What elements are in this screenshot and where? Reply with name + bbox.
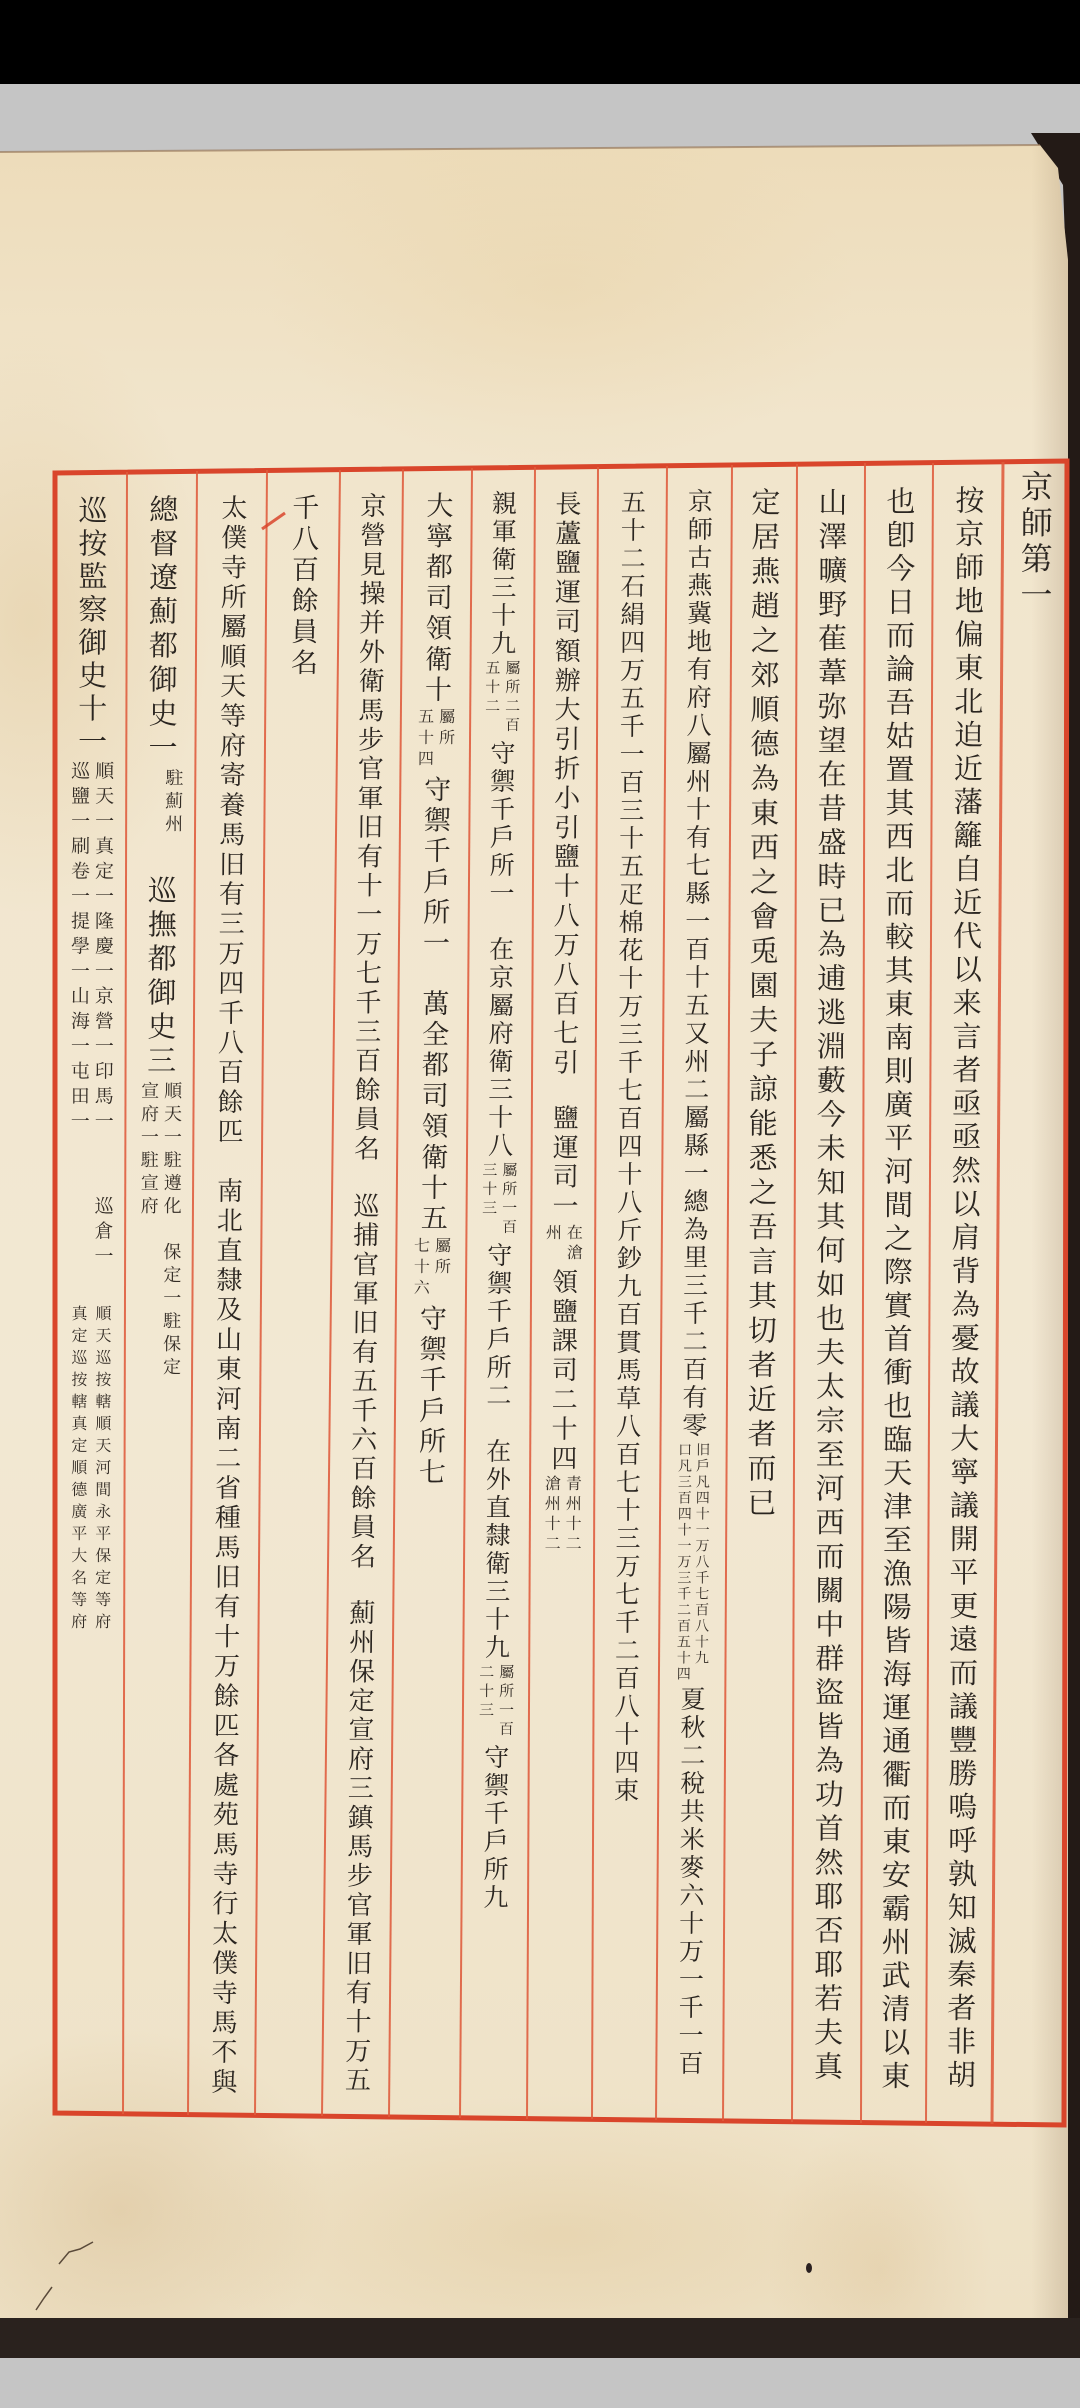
interlinear-note: 駐薊州 (139, 768, 183, 837)
main-text: 巡撫都御史三 (145, 875, 175, 1079)
main-text: 定居燕趙之郊順德為東西之會兎園夫子諒能悉之吾言其切者近者而已 (745, 487, 778, 1522)
chapter-title: 京師第一 (1018, 470, 1051, 614)
note-text: 屬所 (437, 708, 453, 750)
note-text: 三十三 (481, 1162, 496, 1219)
main-text: 親軍衛三十九 (489, 490, 515, 658)
interlinear-note: 屬所二百 五十二 (482, 660, 520, 736)
note-right-line: 屬所 (436, 708, 455, 771)
main-text: 鹽運司一 (550, 1104, 576, 1222)
text-column-4: 定居燕趙之郊順德為東西之會兎園夫子諒能悉之吾言其切者近者而已 (727, 487, 797, 1522)
main-text: 大寧都司領衛十 (422, 491, 451, 706)
note-right-line: 青州十二 (563, 1475, 582, 1555)
note-left-line: 二十三 (476, 1664, 494, 1740)
note-right-line: 屬所二百 (502, 660, 520, 736)
note-right-line: 順天巡按轄順天河間永平保定等府 (91, 1305, 113, 1635)
main-text: 五十二石絹四万五千一百三十五疋棉花十万三千七百四十八斤鈔九百貫馬草八百七十三万七… (613, 489, 645, 1805)
note-left-line: 巡鹽一刷卷一提學一山海一屯田一 (67, 761, 90, 1271)
note-left-line: 滄州十二 (542, 1475, 561, 1555)
note-text: 五十四 (416, 708, 432, 771)
main-text: 在外直隸衛三十九 (483, 1438, 509, 1662)
paper-crack (36, 2287, 52, 2310)
note-text: 屬所 (433, 1237, 449, 1279)
main-text: 夏秋二稅共米麥六十万一千一百 (677, 1686, 704, 2078)
main-text: 也卽今日而論吾姑置其西北而較其東南則廣平河間之際實首衝也臨天津至漁陽皆海運通衢而… (879, 486, 913, 2094)
viewer-bottom-bar (0, 2358, 1080, 2408)
note-left-line: 三十三 (479, 1162, 497, 1238)
note-text: 青州十二 (564, 1475, 580, 1555)
main-text: 山澤曠野萑葦弥望在昔盛時已為逋逃淵藪今未知其何如也夫太宗至河西而關中群盜皆為功首… (812, 487, 845, 2085)
note-text: 屬所二百 (504, 660, 519, 736)
note-text: 駐薊州 (163, 768, 181, 837)
text-column-5: 京師古燕冀地有府八屬州十有七縣一百十五又州二屬縣一總為里三千二百有零 旧戶凡四十… (656, 488, 732, 2078)
main-text: 京營見操并外衛馬步官軍旧有十一万七千三百餘員名 (351, 492, 384, 1164)
main-text: 京師古燕冀地有府八屬州十有七縣一百十五又州二屬縣一總為里三千二百有零 (681, 488, 712, 1440)
note-text: 巡鹽一刷卷一提學一山海一屯田一 (69, 761, 88, 1136)
interlinear-note: 在滄 州 (543, 1224, 583, 1264)
main-text: 守禦千戶所一 (420, 775, 448, 959)
text-column-1: 按京師地偏東北迫近藩籬自近代以来言者亟亟然以肩背為憂故議大寧議開平更遠而議豐勝嗚… (926, 485, 1001, 2093)
main-text: 領鹽課司二十四 (549, 1268, 576, 1474)
note-text: 宣府一駐宣府 (139, 1081, 158, 1219)
note-text: 巡倉一 (93, 1196, 112, 1271)
main-text: 薊州保定宣府三鎮馬步官軍旧有十万五 (342, 1599, 373, 2095)
ink-speck (806, 2263, 812, 2273)
interlinear-note: 順天巡按轄順天河間永平保定等府 真定巡按轄真定順德廣平大名等府 (67, 1305, 113, 1635)
text-column-14: 巡按監察御史十一 順天一真定一隆慶一京營一印馬一 巡倉一 巡鹽一刷卷一提學一山海… (57, 495, 124, 1639)
text-column-9: 大寧都司領衛十 屬所 五十四 守禦千戶所一 萬全都司領衛十五 屬所 七十六 守禦… (396, 491, 470, 1488)
note-right-line: 在滄 (564, 1224, 583, 1264)
text-column-2: 也卽今日而論吾姑置其西北而較其東南則廣平河間之際實首衝也臨天津至漁陽皆海運通衢而… (861, 486, 932, 2094)
interlinear-note: 屬所 五十四 (415, 708, 455, 771)
note-left-line: 宣府一駐宣府 (136, 1081, 158, 1380)
paper-crack (59, 2242, 93, 2264)
note-right-line: 屬所一百 (499, 1162, 517, 1238)
main-text: 太僕寺所屬順天等府寄養馬旧有三万四千八百餘匹 (215, 494, 245, 1147)
note-text: 州 (544, 1224, 560, 1244)
page-top-edge (0, 145, 1040, 152)
main-text: 總督遼薊都御史一 (146, 494, 176, 766)
main-text: 千八百餘員名 (288, 493, 317, 679)
note-right-line: 旧戶凡四十一万八千七百八十九 (693, 1442, 710, 1682)
interlinear-note: 旧戶凡四十一万八千七百八十九 口凡三百四十一万三千二百五十四 (675, 1442, 710, 1682)
interlinear-note: 順天一真定一隆慶一京營一印馬一 巡倉一 巡鹽一刷卷一提學一山海一屯田一 (67, 761, 114, 1271)
interlinear-note: 順天一駐遵化 保定一駐保定 宣府一駐宣府 (136, 1081, 181, 1380)
note-text: 口凡三百四十一万三千二百五十四 (676, 1442, 691, 1682)
note-right-line: 順天一駐遵化 保定一駐保定 (159, 1081, 181, 1380)
note-text: 真定巡按轄真定順德廣平大名等府 (70, 1305, 86, 1635)
text-column-13: 總督遼薊都御史一 駐薊州 巡撫都御史三 順天一駐遵化 保定一駐保定 宣府一駐宣府 (125, 494, 195, 1384)
note-right-line: 順天一真定一隆慶一京營一印馬一 巡倉一 (91, 761, 114, 1271)
note-text: 七十六 (412, 1237, 428, 1300)
note-text: 旧戶凡四十一万八千七百八十九 (694, 1442, 709, 1666)
note-text: 在滄 (565, 1224, 581, 1264)
text-column-12: 太僕寺所屬順天等府寄養馬旧有三万四千八百餘匹 南北直隸及山東河南二省種馬旧有十万… (189, 494, 265, 2098)
text-column-6: 五十二石絹四万五千一百三十五疋棉花十万三千七百四十八斤鈔九百貫馬草八百七十三万七… (592, 489, 665, 1805)
note-left-line: 五十四 (415, 708, 434, 771)
book-bottom-edge (0, 2318, 1080, 2358)
text-column-8: 親軍衛三十九 屬所二百 五十二 守禦千戶所一 在京屬府衛三十八 屬所一百 三十三… (461, 490, 536, 1912)
main-text: 守禦千戶所二 (485, 1242, 511, 1410)
note-text: 保定一駐保定 (161, 1242, 180, 1380)
note-left-line: 口凡三百四十一万三千二百五十四 (675, 1442, 692, 1682)
text-column-11: 千八百餘員名 (268, 493, 336, 679)
text-column-7: 長蘆鹽運司額辦大引折小引鹽十八万八百七引 鹽運司一 在滄 州 領鹽課司二十四 青… (529, 490, 599, 1559)
note-right-line: 屬所一百 (496, 1664, 514, 1740)
main-text: 長蘆鹽運司額辦大引折小引鹽十八万八百七引 (551, 490, 579, 1078)
interlinear-note: 屬所 七十六 (411, 1237, 451, 1300)
main-text: 巡按監察御史十一 (76, 495, 105, 759)
note-left-line: 五十二 (482, 660, 500, 736)
note-text: 順天巡按轄順天河間永平保定等府 (94, 1305, 110, 1635)
note-text: 五十二 (484, 660, 499, 717)
note-text: 順天一真定一隆慶一京營一印馬一 (93, 761, 112, 1136)
main-text: 萬全都司領衛十五 (418, 989, 447, 1235)
note-right-line: 駐薊州 (162, 768, 183, 837)
note-left-line: 州 (543, 1224, 562, 1264)
note-text: 屬所一百 (498, 1664, 513, 1740)
main-text: 守禦千戶所一 (488, 740, 514, 908)
note-left-line (139, 768, 160, 837)
main-text: 按京師地偏東北迫近藩籬自近代以来言者亟亟然以肩背為憂故議大寧議開平更遠而議豐勝嗚… (945, 485, 983, 2093)
interlinear-note: 屬所一百 二十三 (476, 1664, 514, 1740)
note-left-line: 七十六 (411, 1237, 430, 1300)
note-left-line: 真定巡按轄真定順德廣平大名等府 (67, 1305, 89, 1635)
note-text: 二十三 (478, 1664, 493, 1721)
main-text: 巡捕官軍旧有五千六百餘員名 (347, 1192, 377, 1572)
note-text: 滄州十二 (543, 1475, 559, 1555)
interlinear-note: 屬所一百 三十三 (479, 1162, 517, 1238)
note-text: 屬所一百 (501, 1162, 516, 1238)
chapter-title-column: 京師第一 (1001, 470, 1068, 614)
text-column-3: 山澤曠野萑葦弥望在昔盛時已為逋逃淵藪今未知其何如也夫太宗至河西而關中群盜皆為功首… (794, 487, 864, 2085)
note-text: 順天一駐遵化 (162, 1081, 181, 1219)
main-text: 守禦千戶所七 (416, 1304, 444, 1488)
note-right-line: 屬所 (432, 1237, 451, 1300)
interlinear-note: 青州十二 滄州十二 (542, 1475, 582, 1555)
main-text: 在京屬府衛三十八 (486, 936, 512, 1160)
main-text: 南北直隸及山東河南二省種馬旧有十万餘匹各處苑馬寺行太僕寺馬不與 (209, 1177, 241, 2098)
main-text: 守禦千戶所九 (482, 1744, 508, 1912)
